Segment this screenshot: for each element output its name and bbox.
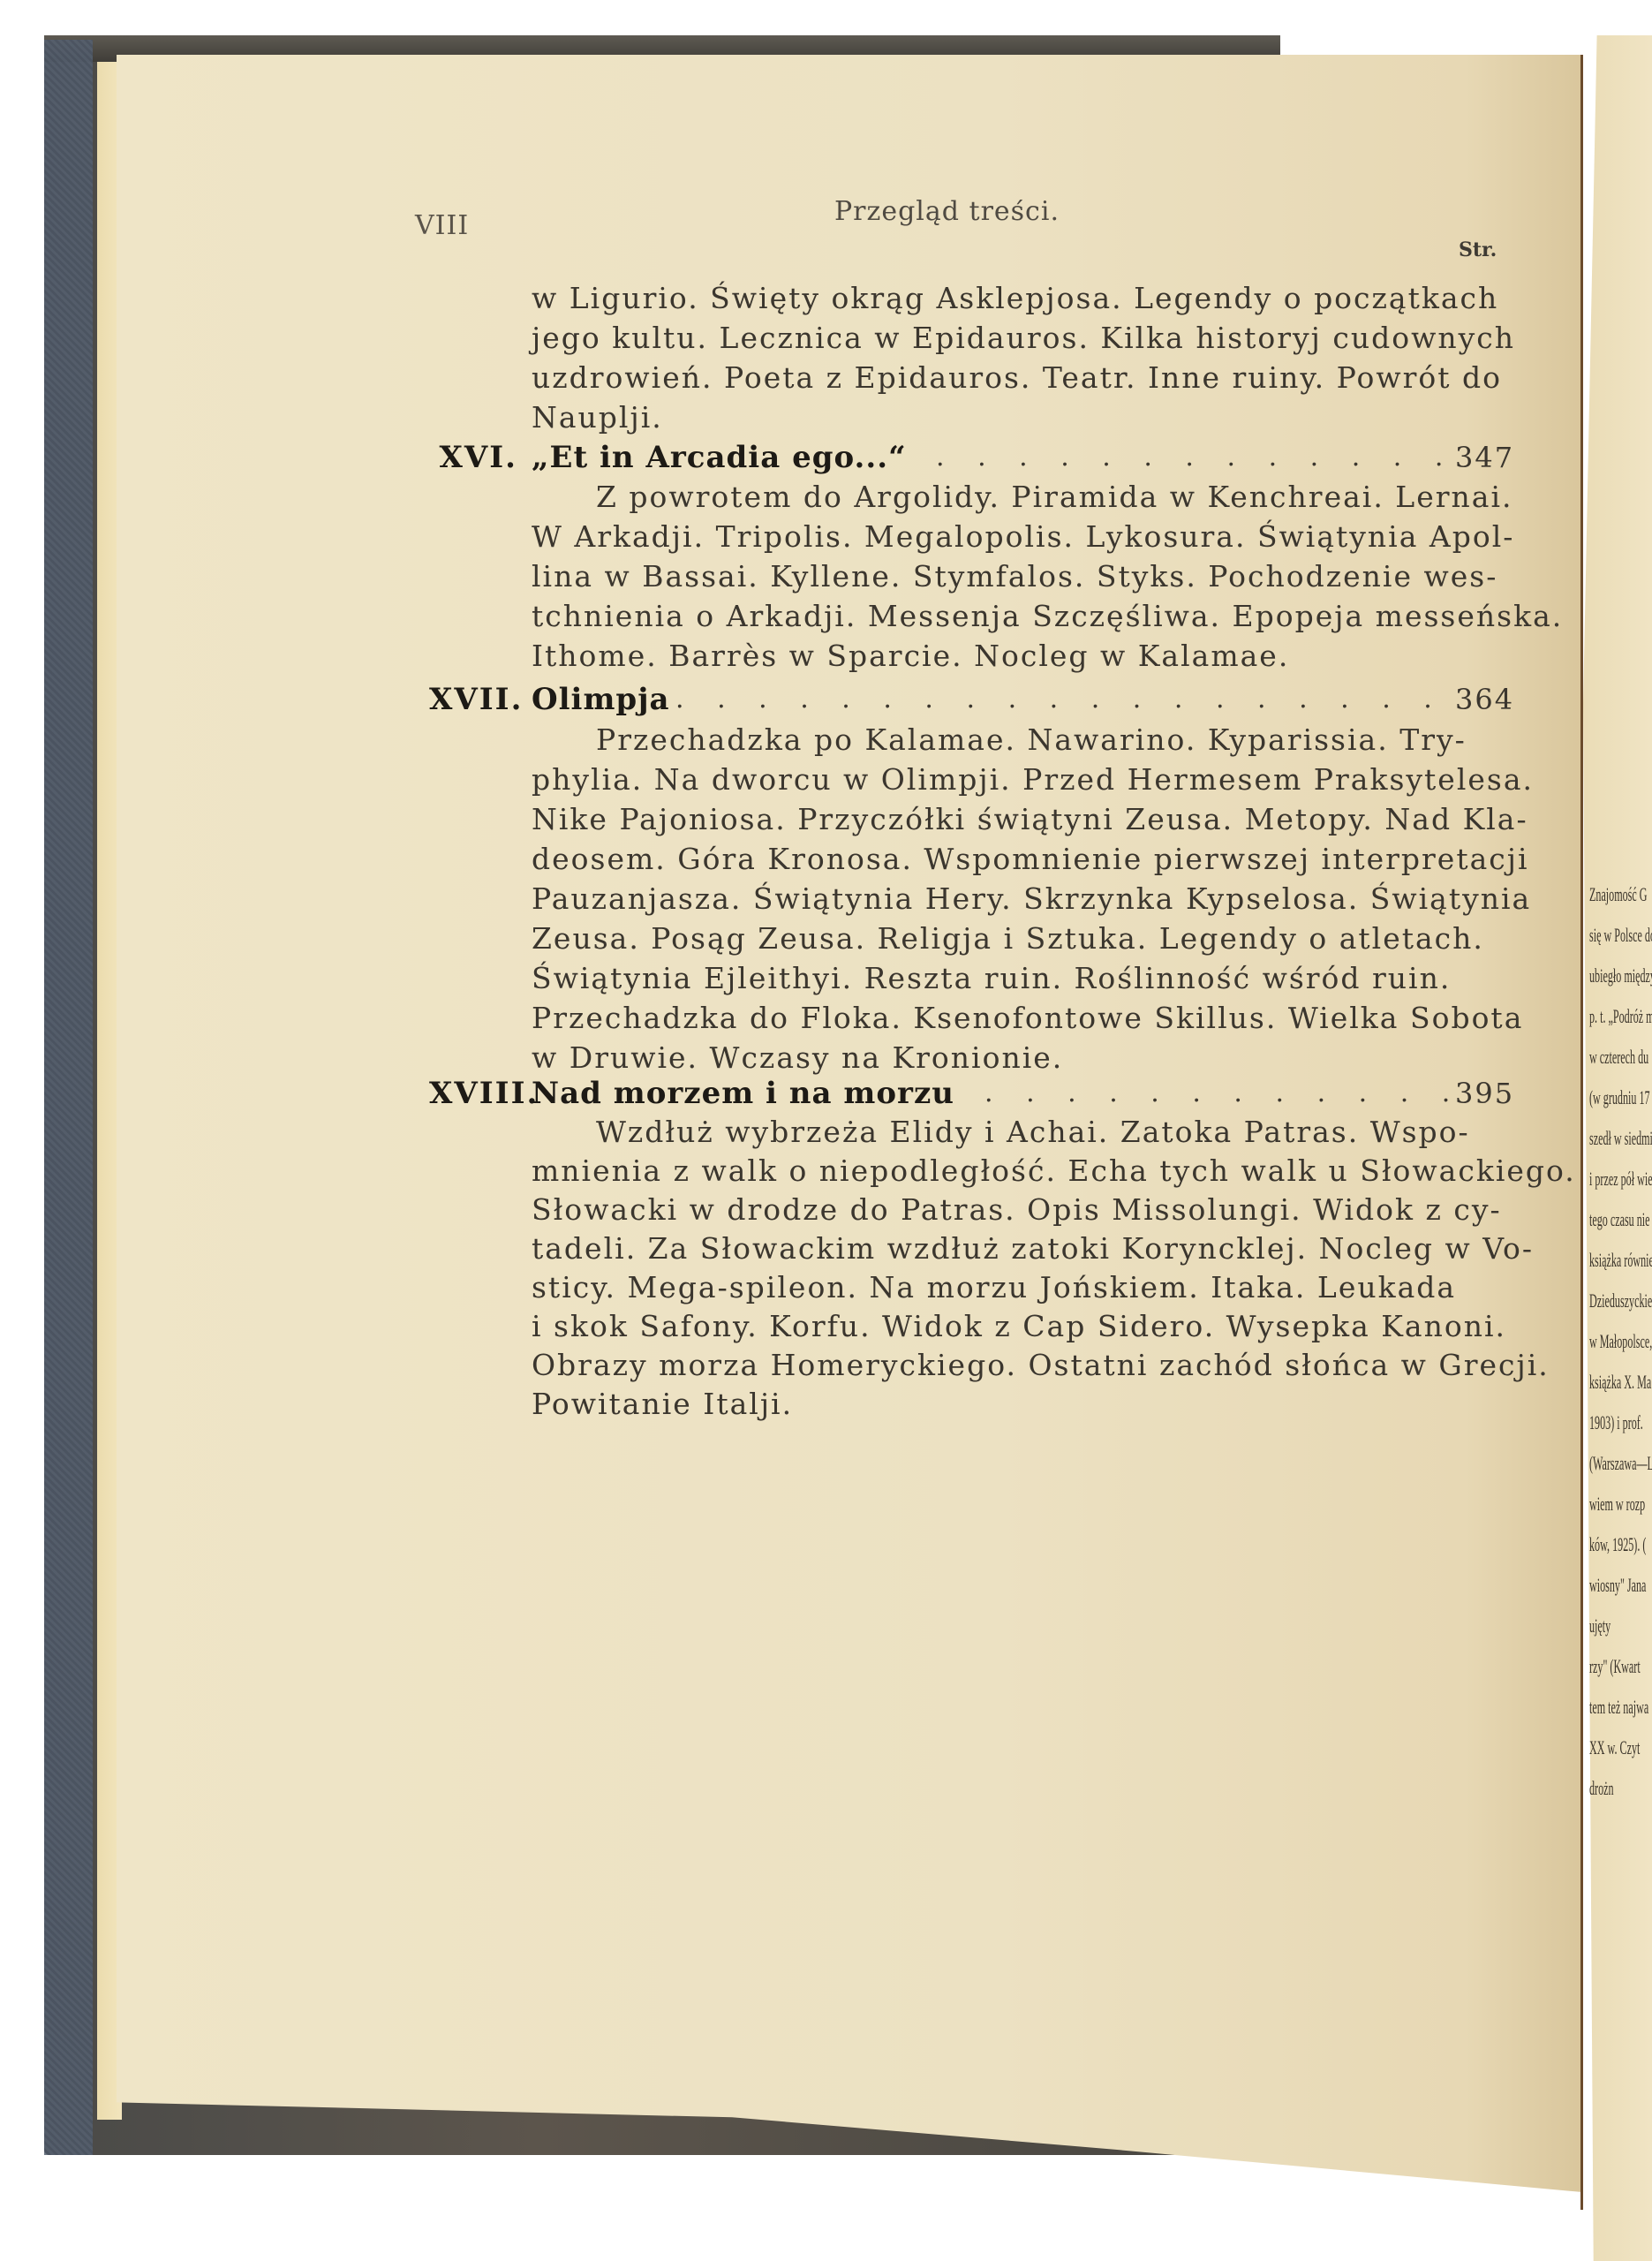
facing-line: XX w. Czyt bbox=[1589, 1728, 1624, 1768]
facing-line: i przez pół wie bbox=[1589, 1159, 1624, 1199]
toc-text-line: Przechadzka do Floka. Ksenofontowe Skill… bbox=[532, 1001, 1441, 1036]
leader-dots: . . . . . . . . . . . . . . . . . . . . … bbox=[936, 440, 1452, 475]
toc-text-line: Przechadzka po Kalamae. Nawarino. Kypari… bbox=[596, 722, 1441, 758]
facing-line: książka równie bbox=[1589, 1240, 1624, 1281]
facing-line: wiem w rozp bbox=[1589, 1484, 1624, 1524]
toc-text-line: deosem. Góra Kronosa. Wspomnienie pierws… bbox=[532, 842, 1441, 877]
facing-line: ujęty bbox=[1589, 1606, 1624, 1646]
toc-text-line: phylia. Na dworcu w Olimpji. Przed Herme… bbox=[532, 762, 1441, 798]
toc-text-line: w Ligurio. Święty okrąg Asklepjosa. Lege… bbox=[532, 281, 1441, 316]
toc-text-line: lina w Bassai. Kyllene. Stymfalos. Styks… bbox=[532, 559, 1441, 594]
chapter-page: 395 bbox=[1455, 1076, 1514, 1111]
facing-line: (Warszawa—L bbox=[1589, 1443, 1624, 1484]
toc-text-line: W Arkadji. Tripolis. Megalopolis. Lykosu… bbox=[532, 519, 1441, 555]
toc-text-line: Pauzanjasza. Świątynia Hery. Skrzynka Ky… bbox=[532, 881, 1441, 917]
toc-text-line: Z powrotem do Argolidy. Piramida w Kench… bbox=[596, 480, 1441, 515]
toc-text-line: Naupljі. bbox=[532, 400, 1441, 435]
page-number: VIII bbox=[415, 210, 469, 241]
chapter-number: XVIII. bbox=[429, 1076, 517, 1111]
toc-text-line: mnienia z walk o niepodległość. Echa tyc… bbox=[532, 1153, 1441, 1189]
toc-text-line: Wzdłuż wybrzeża Elidy i Achai. Zatoka Pa… bbox=[596, 1115, 1441, 1150]
chapter-number: XVII. bbox=[429, 682, 517, 717]
facing-line: (w grudniu 17 bbox=[1589, 1078, 1624, 1118]
facing-line: Dzieduszyckieg bbox=[1589, 1281, 1624, 1321]
facing-line: szedł w siedmi bbox=[1589, 1118, 1624, 1159]
facing-line: w czterech du bbox=[1589, 1037, 1624, 1078]
page-column-label: Str. bbox=[1459, 238, 1497, 261]
book-spine-cloth bbox=[44, 40, 93, 2155]
toc-text-line: tadeli. Za Słowackim wzdłuż zatoki Koryn… bbox=[532, 1231, 1441, 1267]
toc-text-line: Ithome. Barrès w Sparcie. Nocleg w Kalam… bbox=[532, 639, 1441, 674]
facing-line: drożn bbox=[1589, 1768, 1624, 1809]
chapter-title: „Et in Arcadia ego...“ bbox=[532, 440, 907, 475]
facing-line: książka X. Ma bbox=[1589, 1362, 1624, 1403]
toc-text-line: Świątynia Ejleithyi. Reszta ruin. Roślin… bbox=[532, 961, 1441, 996]
running-title: Przegląd treści. bbox=[834, 196, 1060, 227]
toc-text-line: i skok Safony. Korfu. Widok z Cap Sidero… bbox=[532, 1309, 1441, 1344]
facing-line: ków, 1925). ( bbox=[1589, 1524, 1624, 1565]
toc-text-line: Nike Pajoniosa. Przyczółki świątyni Zeus… bbox=[532, 802, 1441, 837]
toc-text-line: tchnienia o Arkadji. Messenja Szczęśliwa… bbox=[532, 599, 1441, 634]
toc-text-line: sticy. Mega-spileon. Na morzu Jońskiem. … bbox=[532, 1270, 1441, 1305]
chapter-number: XVI. bbox=[429, 440, 517, 475]
toc-text-line: Powitanie Italji. bbox=[532, 1387, 1441, 1422]
facing-line: tego czasu nie bbox=[1589, 1199, 1624, 1240]
chapter-page: 364 bbox=[1455, 682, 1514, 717]
facing-line: p. t. „Podróż m bbox=[1589, 996, 1624, 1037]
facing-line: wiosny" Jana bbox=[1589, 1565, 1624, 1606]
toc-text-line: Słowacki w drodze do Patras. Opis Missol… bbox=[532, 1192, 1441, 1228]
facing-line: się w Polsce do bbox=[1589, 915, 1624, 956]
toc-text-line: Zeusa. Posąg Zeusa. Religja i Sztuka. Le… bbox=[532, 921, 1441, 957]
facing-page-text: Znajomość G się w Polsce do ubiegło międ… bbox=[1589, 874, 1652, 2023]
chapter-page: 347 bbox=[1455, 440, 1514, 475]
toc-text-line: jego kultu. Lecznica w Epidauros. Kilka … bbox=[532, 321, 1441, 356]
chapter-title: Olimpja bbox=[532, 682, 670, 717]
toc-text-line: uzdrowień. Poeta z Epidauros. Teatr. Inn… bbox=[532, 360, 1441, 396]
facing-line: 1903) i prof. bbox=[1589, 1403, 1624, 1443]
chapter-title: Nad morzem i na morzu bbox=[532, 1076, 954, 1111]
toc-text-line: Obrazy morza Homeryckiego. Ostatni zachó… bbox=[532, 1348, 1441, 1383]
page-gutter bbox=[1580, 55, 1583, 2210]
facing-line: rzy" (Kwart bbox=[1589, 1646, 1624, 1687]
leader-dots: . . . . . . . . . . . . . . . . . . . . … bbox=[675, 682, 1452, 717]
facing-line: ubiegło między g bbox=[1589, 956, 1624, 996]
leader-dots: . . . . . . . . . . . . . . . . . . . . bbox=[984, 1076, 1452, 1111]
facing-line: w Małopolsce, bbox=[1589, 1321, 1624, 1362]
toc-text-line: w Druwie. Wczasy na Kronionie. bbox=[532, 1040, 1441, 1076]
facing-line: tem też najwa bbox=[1589, 1687, 1624, 1728]
facing-line: Znajomość G bbox=[1589, 874, 1624, 915]
